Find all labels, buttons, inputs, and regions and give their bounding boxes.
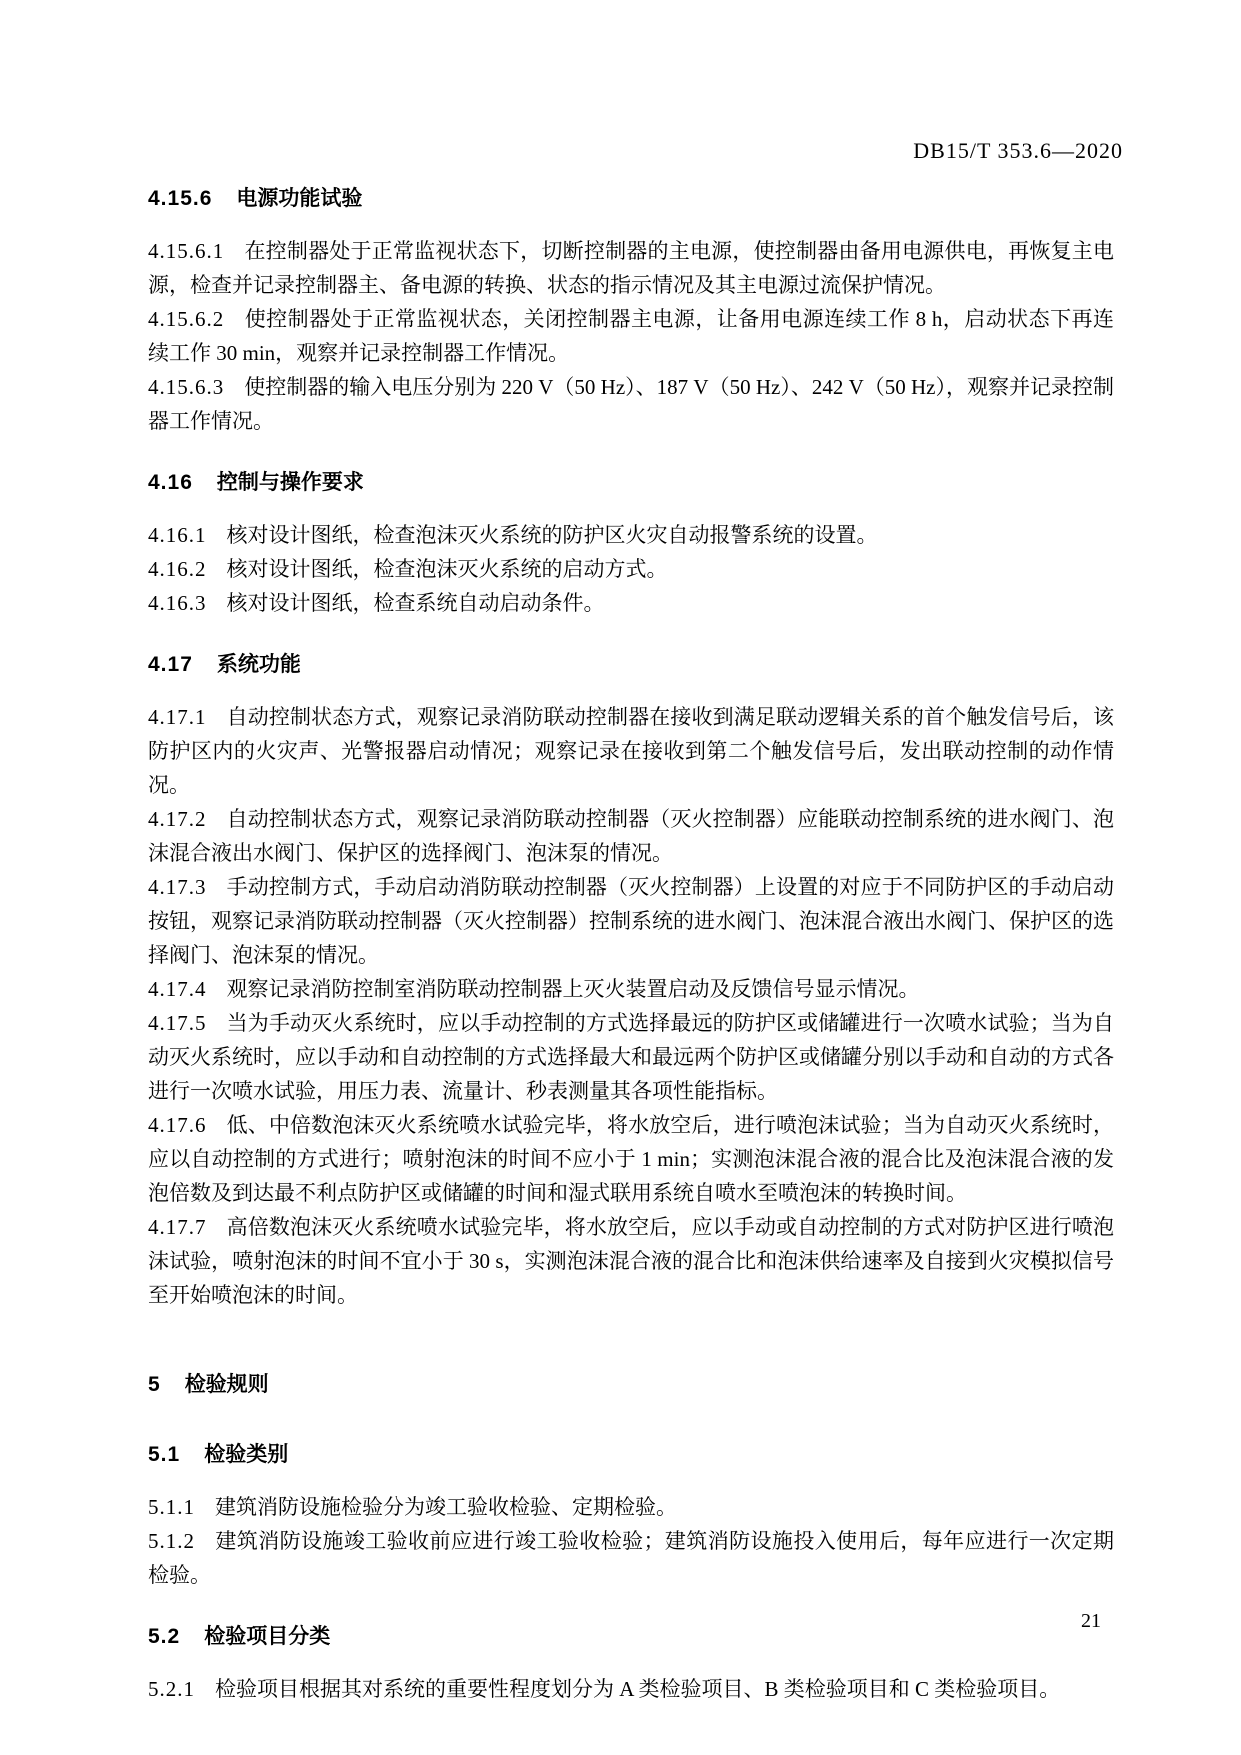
heading-4.17: 4.17系统功能 [148,648,1114,682]
clause-text: 核对设计图纸，检查泡沫灭火系统的防护区火灾自动报警系统的设置。 [227,523,878,547]
clause-4.17.2: 4.17.2自动控制状态方式，观察记录消防联动控制器（灭火控制器）应能联动控制系… [148,802,1114,870]
clause-number: 5.2.1 [148,1677,195,1701]
heading-5: 5检验规则 [148,1368,1114,1402]
clause-4.17.3: 4.17.3手动控制方式，手动启动消防联动控制器（灭火控制器）上设置的对应于不同… [148,870,1114,972]
clause-text: 核对设计图纸，检查系统自动启动条件。 [227,591,605,615]
clause-text: 高倍数泡沫灭火系统喷水试验完毕，将水放空后，应以手动或自动控制的方式对防护区进行… [148,1215,1114,1307]
clause-text: 使控制器处于正常监视状态，关闭控制器主电源，让备用电源连续工作 8 h，启动状态… [148,307,1114,365]
clause-text: 使控制器的输入电压分别为 220 V（50 Hz）、187 V（50 Hz）、2… [148,375,1114,433]
page-number: 21 [1081,1610,1101,1633]
clause-text: 在控制器处于正常监视状态下，切断控制器的主电源，使控制器由备用电源供电，再恢复主… [148,239,1114,297]
clause-4.17.5: 4.17.5当为手动灭火系统时，应以手动控制的方式选择最远的防护区或储罐进行一次… [148,1006,1114,1108]
clause-number: 5.1.1 [148,1495,195,1519]
clause-number: 4.15.6.3 [148,375,224,399]
clause-text: 核对设计图纸，检查泡沫灭火系统的启动方式。 [227,557,668,581]
clause-number: 4.15.6 [148,187,212,210]
clause-number: 4.17.5 [148,1011,207,1035]
clause-4.17.4: 4.17.4观察记录消防控制室消防联动控制器上灭火装置启动及反馈信号显示情况。 [148,972,1114,1006]
clause-number: 4.17.6 [148,1113,207,1137]
document-number-header: DB15/T 353.6—2020 [913,138,1123,164]
clause-number: 4.17.4 [148,977,207,1001]
clause-text: 手动控制方式，手动启动消防联动控制器（灭火控制器）上设置的对应于不同防护区的手动… [148,875,1114,967]
heading-5.1: 5.1检验类别 [148,1438,1114,1472]
clause-4.16.3: 4.16.3核对设计图纸，检查系统自动启动条件。 [148,586,1114,620]
clause-text: 当为手动灭火系统时，应以手动控制的方式选择最远的防护区或储罐进行一次喷水试验；当… [148,1011,1114,1103]
heading-4.16: 4.16控制与操作要求 [148,466,1114,500]
clause-4.16.2: 4.16.2核对设计图纸，检查泡沫灭火系统的启动方式。 [148,552,1114,586]
heading-text: 电源功能试验 [236,187,362,210]
clause-text: 自动控制状态方式，观察记录消防联动控制器（灭火控制器）应能联动控制系统的进水阀门… [148,807,1114,865]
heading-text: 系统功能 [217,653,301,676]
clause-number: 5 [148,1373,161,1396]
clause-number: 5.1 [148,1443,180,1466]
clause-text: 建筑消防设施竣工验收前应进行竣工验收检验；建筑消防设施投入使用后，每年应进行一次… [148,1529,1114,1587]
clause-4.16.1: 4.16.1核对设计图纸，检查泡沫灭火系统的防护区火灾自动报警系统的设置。 [148,518,1114,552]
clause-4.17.6: 4.17.6低、中倍数泡沫灭火系统喷水试验完毕，将水放空后，进行喷泡沫试验；当为… [148,1108,1114,1210]
clause-number: 4.17 [148,653,193,676]
document-page: DB15/T 353.6—2020 4.15.6电源功能试验4.15.6.1在控… [0,0,1241,1755]
clause-number: 4.16.1 [148,523,207,547]
clause-number: 4.16 [148,471,193,494]
clause-number: 4.15.6.1 [148,239,224,263]
clause-text: 建筑消防设施检验分为竣工验收检验、定期检验。 [215,1495,677,1519]
clause-4.15.6.2: 4.15.6.2使控制器处于正常监视状态，关闭控制器主电源，让备用电源连续工作 … [148,302,1114,370]
clause-4.15.6.3: 4.15.6.3使控制器的输入电压分别为 220 V（50 Hz）、187 V（… [148,370,1114,438]
clause-number: 4.17.2 [148,807,207,831]
heading-text: 检验类别 [204,1443,288,1466]
clause-4.17.1: 4.17.1自动控制状态方式，观察记录消防联动控制器在接收到满足联动逻辑关系的首… [148,700,1114,802]
clause-text: 检验项目根据其对系统的重要性程度划分为 A 类检验项目、B 类检验项目和 C 类… [215,1677,1060,1701]
clause-number: 4.17.3 [148,875,207,899]
heading-4.15.6: 4.15.6电源功能试验 [148,182,1114,216]
clause-number: 5.2 [148,1625,180,1648]
clause-text: 观察记录消防控制室消防联动控制器上灭火装置启动及反馈信号显示情况。 [227,977,920,1001]
clause-number: 4.16.2 [148,557,207,581]
clause-text: 低、中倍数泡沫灭火系统喷水试验完毕，将水放空后，进行喷泡沫试验；当为自动灭火系统… [148,1113,1114,1205]
heading-text: 检验规则 [185,1373,269,1396]
clause-number: 4.17.1 [148,705,207,729]
clause-4.17.7: 4.17.7高倍数泡沫灭火系统喷水试验完毕，将水放空后，应以手动或自动控制的方式… [148,1210,1114,1312]
heading-text: 控制与操作要求 [217,471,364,494]
clause-number: 4.17.7 [148,1215,207,1239]
clause-5.1.2: 5.1.2建筑消防设施竣工验收前应进行竣工验收检验；建筑消防设施投入使用后，每年… [148,1524,1114,1592]
clause-5.2.1: 5.2.1检验项目根据其对系统的重要性程度划分为 A 类检验项目、B 类检验项目… [148,1672,1114,1706]
clause-number: 5.1.2 [148,1529,195,1553]
heading-text: 检验项目分类 [204,1625,330,1648]
heading-5.2: 5.2检验项目分类 [148,1620,1114,1654]
document-content: 4.15.6电源功能试验4.15.6.1在控制器处于正常监视状态下，切断控制器的… [148,182,1114,1706]
clause-text: 自动控制状态方式，观察记录消防联动控制器在接收到满足联动逻辑关系的首个触发信号后… [148,705,1114,797]
clause-number: 4.15.6.2 [148,307,224,331]
clause-number: 4.16.3 [148,591,207,615]
clause-4.15.6.1: 4.15.6.1在控制器处于正常监视状态下，切断控制器的主电源，使控制器由备用电… [148,234,1114,302]
clause-5.1.1: 5.1.1建筑消防设施检验分为竣工验收检验、定期检验。 [148,1490,1114,1524]
